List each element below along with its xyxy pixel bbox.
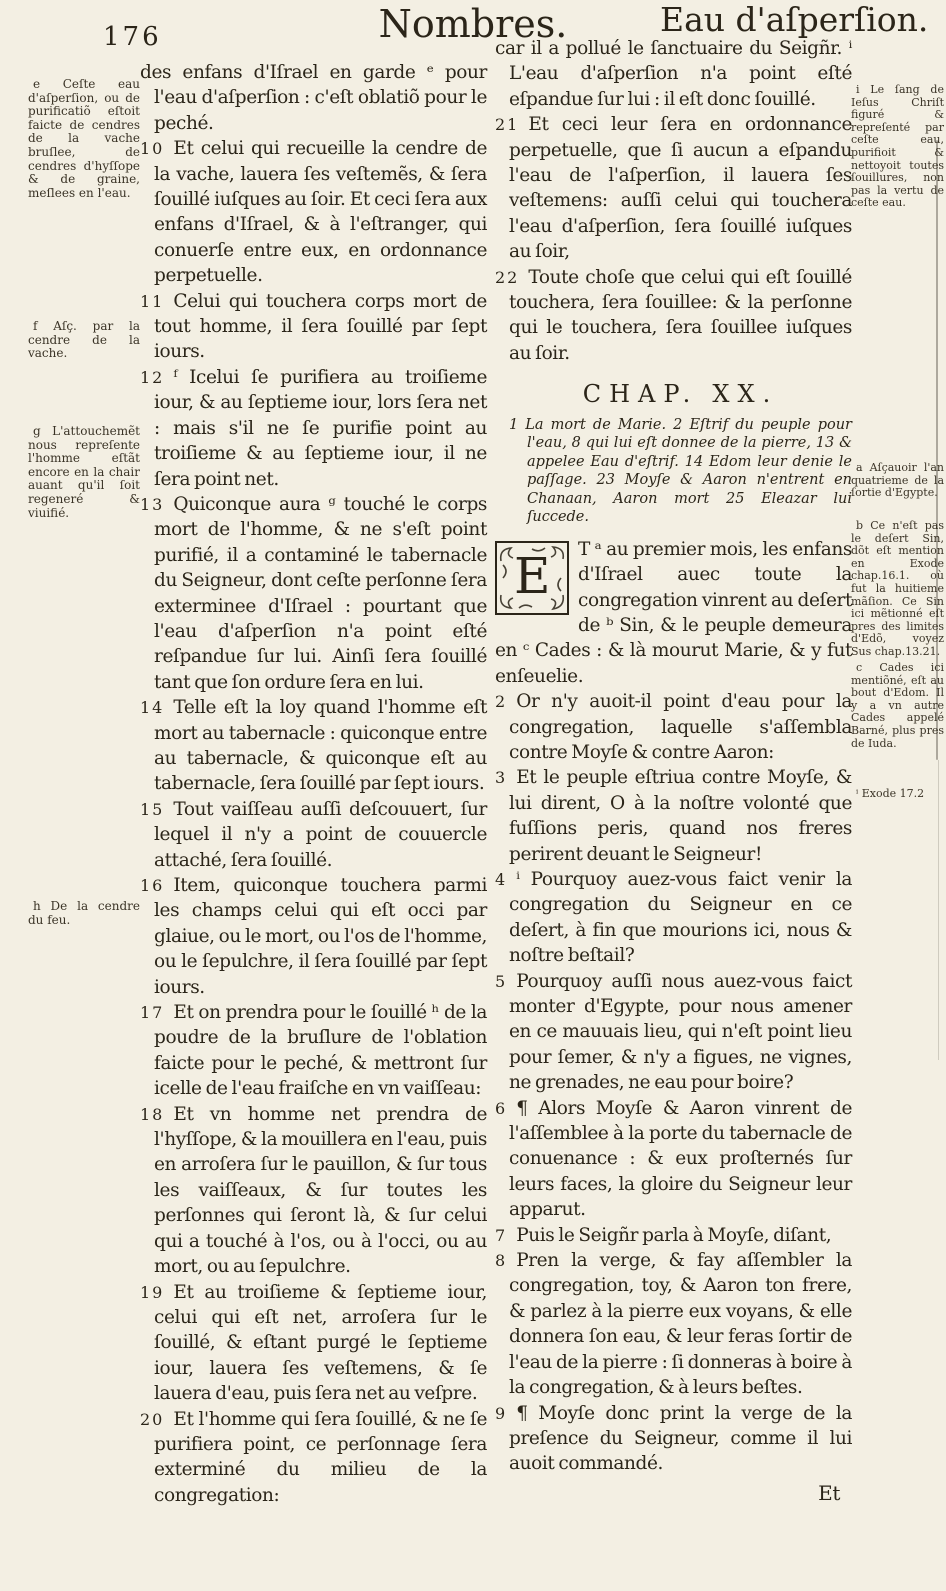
margin-note-b: b Ce n'eſt pas le deſert Sin, dõt eſt me… xyxy=(851,520,944,659)
catchword: Et xyxy=(495,1481,840,1506)
verse-number: 3 xyxy=(495,768,516,787)
verse-20: 20Et l'homme qui ſera ſouillé, & ne ſe p… xyxy=(140,1407,487,1509)
margin-note-f: f Aſç. par la cendre de la vache. xyxy=(28,320,140,361)
verse-number: 19 xyxy=(140,1283,173,1302)
verse-number: 22 xyxy=(495,268,528,287)
margin-note-c: c Cades ici mentiõné, eſt au bout d'Edom… xyxy=(851,662,944,750)
verse-11: 11Celui qui touchera corps mort de tout … xyxy=(140,289,487,365)
verse-21: 21Et ceci leur ſera en ordonnance perpet… xyxy=(495,112,852,264)
margin-note-a: a Aſçauoir l'an quatrieme de la ſortie d… xyxy=(851,462,944,500)
verse-number: 12 xyxy=(140,368,173,387)
margin-note-h: h De la cendre du feu. xyxy=(28,900,140,927)
verse-7: 7Puis le Seigñr parla à Moyſe, diſant, xyxy=(495,1223,852,1248)
verse-5: 5Pourquoy auſſi nous auez-vous faict mon… xyxy=(495,969,852,1096)
verse-number: 8 xyxy=(495,1251,516,1270)
verse-number: 5 xyxy=(495,972,516,991)
verse-18: 18Et vn homme net prendra de l'hyſſope, … xyxy=(140,1102,487,1280)
verse-number: 13 xyxy=(140,495,173,514)
ornate-initial-e: E xyxy=(495,541,569,615)
verse-number: 17 xyxy=(140,1003,173,1022)
text-column-right: car il a pollué le ſanctuaire du Seigñr.… xyxy=(495,36,852,1506)
text-column-left: des enfans d'Iſrael en garde ᵉ pour l'ea… xyxy=(140,60,487,1508)
verse-15: 15Tout vaiſſeau auſſi deſcouuert, ſur le… xyxy=(140,797,487,873)
margin-note-ref: ⁱ Exode 17.2 xyxy=(851,788,944,801)
margin-note-i: i Le ſang de Ieſus Chriſt figuré & repre… xyxy=(851,84,944,210)
verse-8: 8Pren la verge, & fay aſſembler la congr… xyxy=(495,1248,852,1400)
running-title-subject: Eau d'aſperſion. xyxy=(660,0,928,39)
verse-continuation: car il a pollué le ſanctuaire du Seigñr.… xyxy=(495,36,852,112)
verse-number: 2 xyxy=(495,692,516,711)
verse-2: 2Or n'y auoit-il point d'eau pour la con… xyxy=(495,689,852,765)
verse-6: 6¶ Alors Moyſe & Aaron vinrent de l'aſſe… xyxy=(495,1096,852,1223)
verse-number: 9 xyxy=(495,1404,516,1423)
verse-number: 7 xyxy=(495,1226,516,1245)
verse-9: 9¶ Moyſe donc print la verge de la preſe… xyxy=(495,1401,852,1477)
chapter-heading: CHAP. XX. xyxy=(495,382,852,407)
verse-17: 17Et on prendra pour le ſouillé ʰ de la … xyxy=(140,1000,487,1102)
scanned-book-page: 176 Nombres. Eau d'aſperſion. e Ceſte ea… xyxy=(0,0,946,1591)
verse-continuation: des enfans d'Iſrael en garde ᵉ pour l'ea… xyxy=(140,60,487,136)
verse-19: 19Et au troiſieme & ſeptieme iour, celui… xyxy=(140,1280,487,1407)
verse-number: 15 xyxy=(140,800,173,819)
margin-note-e: e Ceſte eau d'aſperſion, ou de purificat… xyxy=(28,78,140,200)
verse-3: 3Et le peuple eſtriua contre Moyſe, & lu… xyxy=(495,765,852,867)
verse-number: 14 xyxy=(140,698,173,717)
page-edge-shadow xyxy=(936,140,938,760)
verse-number: 16 xyxy=(140,876,173,895)
verse-number: 18 xyxy=(140,1105,173,1124)
verse-12: 12ᶠ Icelui ſe purifiera au troiſieme iou… xyxy=(140,365,487,492)
verse-14: 14Telle eſt la loy quand l'homme eſt mor… xyxy=(140,695,487,797)
verse-4: 4ⁱ Pourquoy auez-vous faict venir la con… xyxy=(495,867,852,969)
verse-number: 10 xyxy=(140,139,173,158)
verse-number: 6 xyxy=(495,1099,516,1118)
verse-1: ET ᵃ au premier mois, les enfans d'Iſrae… xyxy=(495,537,852,689)
verse-13: 13Quiconque aura ᵍ touché le corps mort … xyxy=(140,492,487,695)
verse-22: 22Toute choſe que celui qui eſt ſouillé … xyxy=(495,265,852,367)
verse-16: 16Item, quiconque touchera parmi les cha… xyxy=(140,873,487,1000)
verse-number: 11 xyxy=(140,292,173,311)
verse-number: 4 xyxy=(495,870,516,889)
verse-10: 10Et celui qui recueille la cendre de la… xyxy=(140,136,487,288)
margin-note-g: g L'attouchemẽt nous repreſente l'homme … xyxy=(28,425,140,520)
chapter-argument: 1 La mort de Marie. 2 Eſtrif du peuple p… xyxy=(497,416,852,527)
verse-number: 20 xyxy=(140,1410,173,1429)
page-edge-shadow xyxy=(938,760,939,1060)
verse-number: 21 xyxy=(495,115,528,134)
